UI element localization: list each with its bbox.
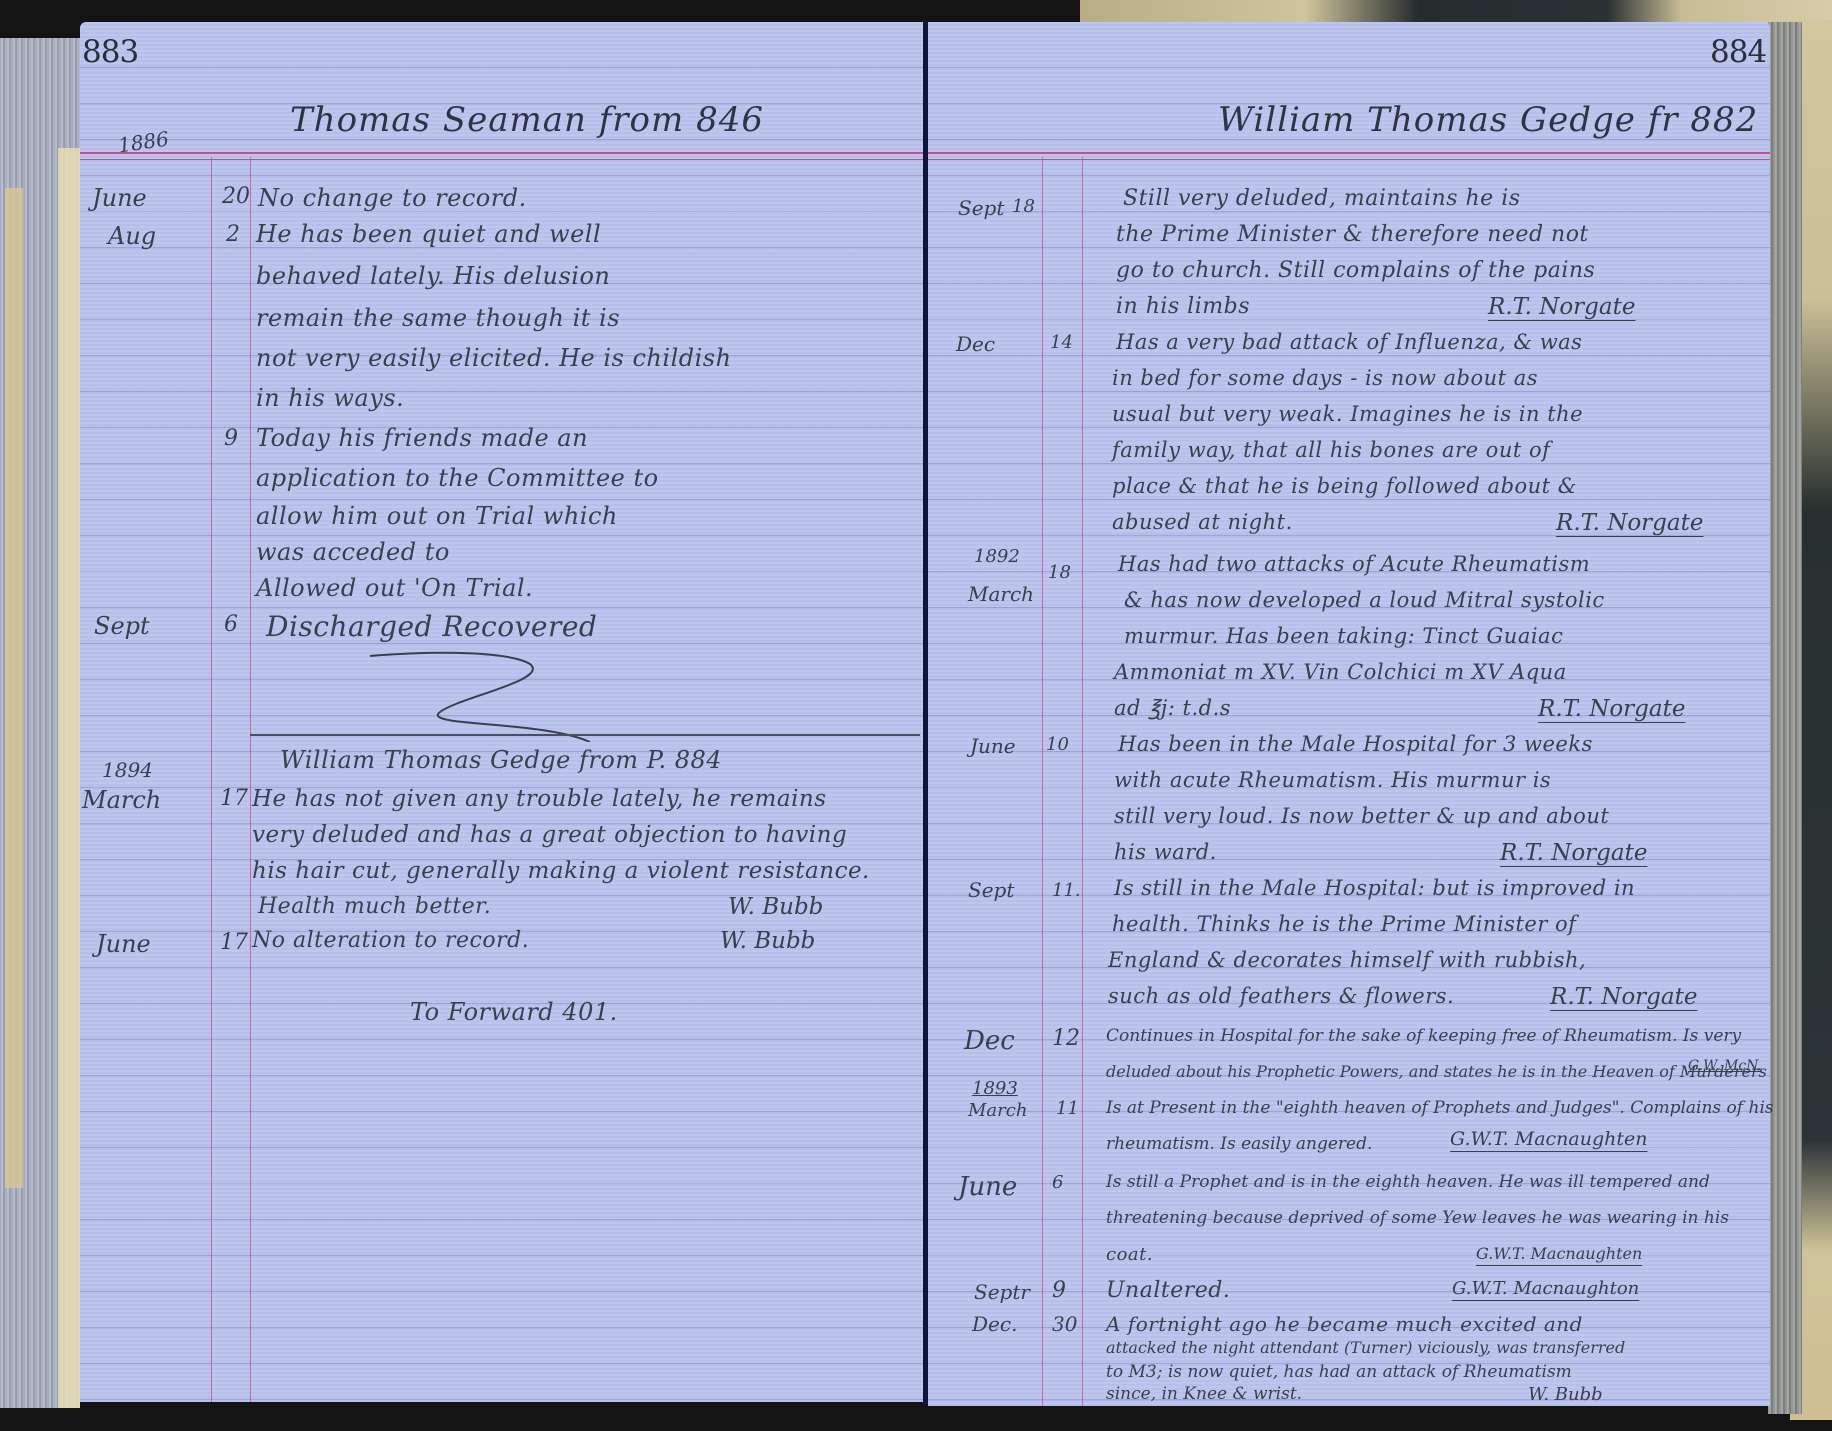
year-label: 1894	[102, 758, 153, 782]
entry-text: health. Thinks he is the Prime Minister …	[1112, 912, 1576, 936]
entry-text: such as old feathers & flowers.	[1108, 984, 1454, 1008]
page-number: 883	[82, 34, 138, 70]
entry-month: March	[968, 1100, 1027, 1121]
entry-text: Health much better.	[258, 894, 491, 919]
entry-text: He has not given any trouble lately, he …	[252, 786, 827, 812]
signature: W. Bubb	[720, 928, 815, 954]
year-label: 1892	[974, 546, 1020, 567]
entry-text: Allowed out 'On Trial.	[256, 574, 533, 602]
entry-month: Sept	[94, 612, 150, 640]
signature: R.T. Norgate	[1488, 294, 1635, 320]
entry-month: June	[958, 1172, 1017, 1202]
entry-day: 30	[1052, 1312, 1077, 1336]
entry-day: 14	[1050, 332, 1073, 353]
entry-text: deluded about his Prophetic Powers, and …	[1106, 1062, 1767, 1081]
entry-month: Dec.	[972, 1312, 1017, 1336]
left-page: 883 1886 Thomas Seaman from 846 June 20 …	[80, 22, 925, 1402]
forward-note: To Forward 401.	[410, 998, 618, 1026]
signature: R.T. Norgate	[1550, 984, 1697, 1010]
entry-day: 9	[224, 426, 238, 451]
entry-day: 9	[1052, 1278, 1066, 1303]
day-column-rule	[250, 157, 251, 1402]
entry-text: No change to record.	[258, 184, 527, 212]
paper-tab	[5, 188, 23, 1188]
entry-text: Is at Present in the "eighth heaven of P…	[1106, 1098, 1774, 1118]
entry-text: very deluded and has a great objection t…	[252, 822, 847, 848]
patient-name-header: Thomas Seaman from 846	[290, 100, 764, 140]
entry-text: England & decorates himself with rubbish…	[1108, 948, 1586, 972]
entry-text: his ward.	[1114, 840, 1217, 864]
entry-month: March	[82, 786, 161, 814]
entry-day: 18	[1012, 196, 1035, 217]
entry-text: No alteration to record.	[252, 928, 529, 953]
signature: G.W.T. Macnaughten	[1450, 1128, 1648, 1150]
entry-text: in bed for some days - is now about as	[1112, 366, 1538, 390]
signature: R.T. Norgate	[1556, 510, 1703, 536]
signature: G.W. McN.	[1688, 1058, 1762, 1074]
entry-text: Unaltered.	[1106, 1278, 1230, 1303]
entry-day: 17	[220, 786, 248, 811]
header-rule	[928, 152, 1770, 160]
entry-text: Has a very bad attack of Influenza, & wa…	[1116, 330, 1582, 354]
entry-month: June	[92, 184, 147, 212]
entry-month: Sept	[958, 196, 1004, 220]
entry-day: 18	[1048, 562, 1071, 583]
entry-text: rheumatism. Is easily angered.	[1106, 1134, 1372, 1154]
entry-text: was acceded to	[256, 538, 450, 566]
signature: R.T. Norgate	[1500, 840, 1647, 866]
signature: W. Bubb	[1528, 1384, 1603, 1405]
entry-text: Continues in Hospital for the sake of ke…	[1106, 1026, 1741, 1046]
entry-text: Has been in the Male Hospital for 3 week…	[1118, 732, 1593, 756]
entry-month: June	[96, 930, 151, 958]
entry-text: not very easily elicited. He is childish	[256, 344, 732, 372]
entry-text: Today his friends made an	[256, 424, 588, 452]
entry-text: still very loud. Is now better & up and …	[1114, 804, 1609, 828]
entry-text: abused at night.	[1112, 510, 1293, 534]
entry-text: remain the same though it is	[256, 304, 620, 332]
entry-text: coat.	[1106, 1244, 1153, 1265]
entry-text: Discharged Recovered	[266, 610, 597, 643]
entry-day: 17	[220, 930, 248, 955]
entry-text: usual but very weak. Imagines he is in t…	[1112, 402, 1583, 426]
entry-text: Still very deluded, maintains he is	[1123, 186, 1521, 211]
month-column-rule	[1042, 157, 1043, 1406]
section-heading: William Thomas Gedge from P. 884	[280, 746, 722, 774]
month-column-rule	[211, 157, 212, 1402]
entry-month: Dec	[956, 332, 995, 356]
entry-month: Sept	[968, 878, 1014, 902]
entry-text: Ammoniat m XV. Vin Colchici m XV Aqua	[1114, 660, 1567, 684]
entry-text: since, in Knee & wrist.	[1106, 1384, 1302, 1404]
entry-text: with acute Rheumatism. His murmur is	[1114, 768, 1551, 792]
day-column-rule	[1082, 157, 1083, 1406]
page-number: 884	[1710, 34, 1766, 70]
entry-day: 12	[1052, 1026, 1080, 1051]
signature: R.T. Norgate	[1538, 696, 1685, 722]
page-edges-right	[1768, 22, 1802, 1414]
entry-day: 6	[224, 612, 238, 637]
entry-text: Is still a Prophet and is in the eighth …	[1106, 1172, 1710, 1192]
end-of-record-squiggle	[360, 642, 620, 742]
entry-text: go to church. Still complains of the pai…	[1116, 258, 1595, 283]
entry-text: in his ways.	[256, 384, 404, 412]
entry-text: application to the Committee to	[256, 464, 659, 492]
entry-text: murmur. Has been taking: Tinct Guaiac	[1124, 624, 1563, 648]
entry-day: 2	[226, 222, 240, 247]
entry-text: & has now developed a loud Mitral systol…	[1124, 588, 1605, 612]
entry-text: to M3; is now quiet, has had an attack o…	[1106, 1362, 1572, 1382]
entry-text: attacked the night attendant (Turner) vi…	[1106, 1338, 1625, 1357]
page-edges-left	[0, 38, 80, 1408]
entry-text: family way, that all his bones are out o…	[1112, 438, 1550, 462]
year-label: 1893	[972, 1078, 1018, 1099]
entry-month: Septr	[974, 1280, 1030, 1304]
entry-text: threatening because deprived of some Yew…	[1106, 1208, 1729, 1228]
entry-day: 20	[222, 184, 250, 209]
entry-text: allow him out on Trial which	[256, 502, 618, 530]
entry-text: A fortnight ago he became much excited a…	[1106, 1312, 1583, 1336]
entry-text: his hair cut, generally making a violent…	[252, 858, 870, 884]
entry-day: 11	[1056, 1098, 1079, 1119]
entry-text: place & that he is being followed about …	[1112, 474, 1577, 498]
entry-day: 11.	[1052, 880, 1081, 901]
right-page: 884 William Thomas Gedge fr 882 Sept 18 …	[928, 22, 1770, 1406]
entry-day: 6	[1052, 1172, 1063, 1193]
signature: W. Bubb	[728, 894, 823, 920]
entry-text: Has had two attacks of Acute Rheumatism	[1118, 552, 1590, 576]
signature: G.W.T. Macnaughten	[1476, 1244, 1642, 1263]
section-divider	[250, 734, 920, 736]
patient-name-header: William Thomas Gedge fr 882	[1218, 100, 1758, 140]
paper-tab	[58, 148, 80, 1408]
entry-text: Is still in the Male Hospital: but is im…	[1114, 876, 1635, 900]
entry-day: 10	[1046, 734, 1069, 755]
entry-text: He has been quiet and well	[256, 220, 601, 248]
signature: G.W.T. Macnaughton	[1452, 1278, 1639, 1299]
entry-month: Dec	[964, 1026, 1015, 1056]
entry-text: in his limbs	[1116, 294, 1250, 319]
entry-text: ad ℥j: t.d.s	[1114, 696, 1231, 720]
entry-month: March	[968, 582, 1034, 606]
entry-month: Aug	[108, 222, 156, 250]
entry-month: June	[970, 734, 1016, 758]
entry-text: the Prime Minister & therefore need not	[1116, 222, 1589, 247]
header-rule	[80, 152, 925, 160]
entry-text: behaved lately. His delusion	[256, 262, 610, 290]
